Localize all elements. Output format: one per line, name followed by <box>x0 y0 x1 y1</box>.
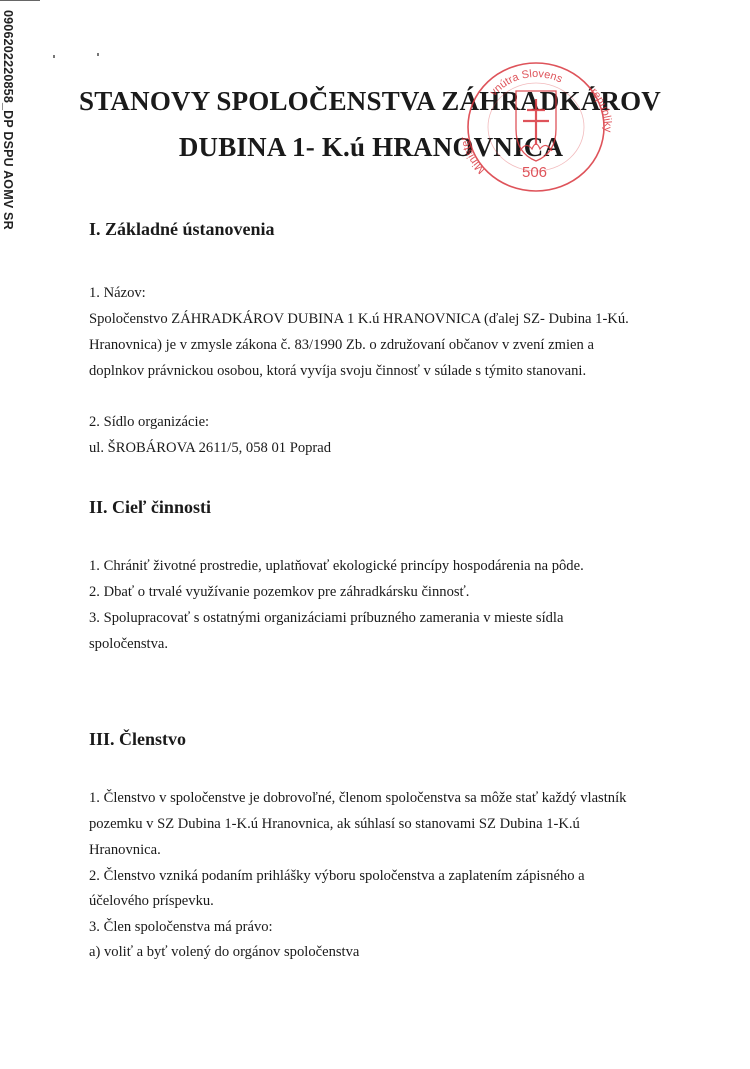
list-item: 1. Členstvo v spoločenstve je dobrovoľné… <box>89 790 626 807</box>
list-item: 2. Dbať o trvalé využívanie pozemkov pre… <box>89 584 469 601</box>
scan-speck <box>53 55 55 58</box>
section-heading-membership: III. Členstvo <box>89 729 186 750</box>
side-identifier-text: 0906202220858_DP DSPU AOMV SR <box>1 10 15 230</box>
list-item-continuation: spoločenstva. <box>89 636 168 653</box>
list-item: 2. Členstvo vzniká podaním prihlášky výb… <box>89 868 585 885</box>
section-heading-basic-provisions: I. Základné ústanovenia <box>89 219 275 240</box>
paragraph-line: Hranovnica) je v zmysle zákona č. 83/199… <box>89 337 594 354</box>
svg-text:Minister: Minister <box>460 135 488 176</box>
paragraph-line: 2. Sídlo organizácie: <box>89 414 209 431</box>
svg-text:506: 506 <box>522 164 547 181</box>
address-line: ul. ŠROBÁROVA 2611/5, 058 01 Poprad <box>89 440 331 457</box>
list-item-continuation: pozemku v SZ Dubina 1-K.ú Hranovnica, ak… <box>89 816 580 833</box>
official-stamp-icon: vnútra Slovens Minister republiky 506 <box>460 55 612 195</box>
paragraph-line: 1. Názov: <box>89 285 146 302</box>
document-title-line1: STANOVY SPOLOČENSTVA ZÁHRADKÁROV <box>0 86 745 117</box>
svg-text:republiky: republiky <box>588 86 612 133</box>
scan-edge-line <box>0 0 40 1</box>
document-title-line2: DUBINA 1- K.ú HRANOVNICA <box>0 132 746 163</box>
list-item: 3. Spolupracovať s ostatnými organizácia… <box>89 610 563 627</box>
list-item-continuation: Hranovnica. <box>89 842 161 859</box>
section-heading-goals: II. Cieľ činnosti <box>89 497 211 518</box>
list-item: 1. Chrániť životné prostredie, uplatňova… <box>89 558 584 575</box>
paragraph-line: Spoločenstvo ZÁHRADKÁROV DUBINA 1 K.ú HR… <box>89 311 629 328</box>
list-item-continuation: účelového príspevku. <box>89 893 214 910</box>
list-item: 3. Člen spoločenstva má právo: <box>89 919 273 936</box>
scan-speck <box>97 53 99 56</box>
paragraph-line: doplnkov právnickou osobou, ktorá vyvíja… <box>89 363 586 380</box>
sub-list-item: a) voliť a byť volený do orgánov spoloče… <box>89 944 359 961</box>
